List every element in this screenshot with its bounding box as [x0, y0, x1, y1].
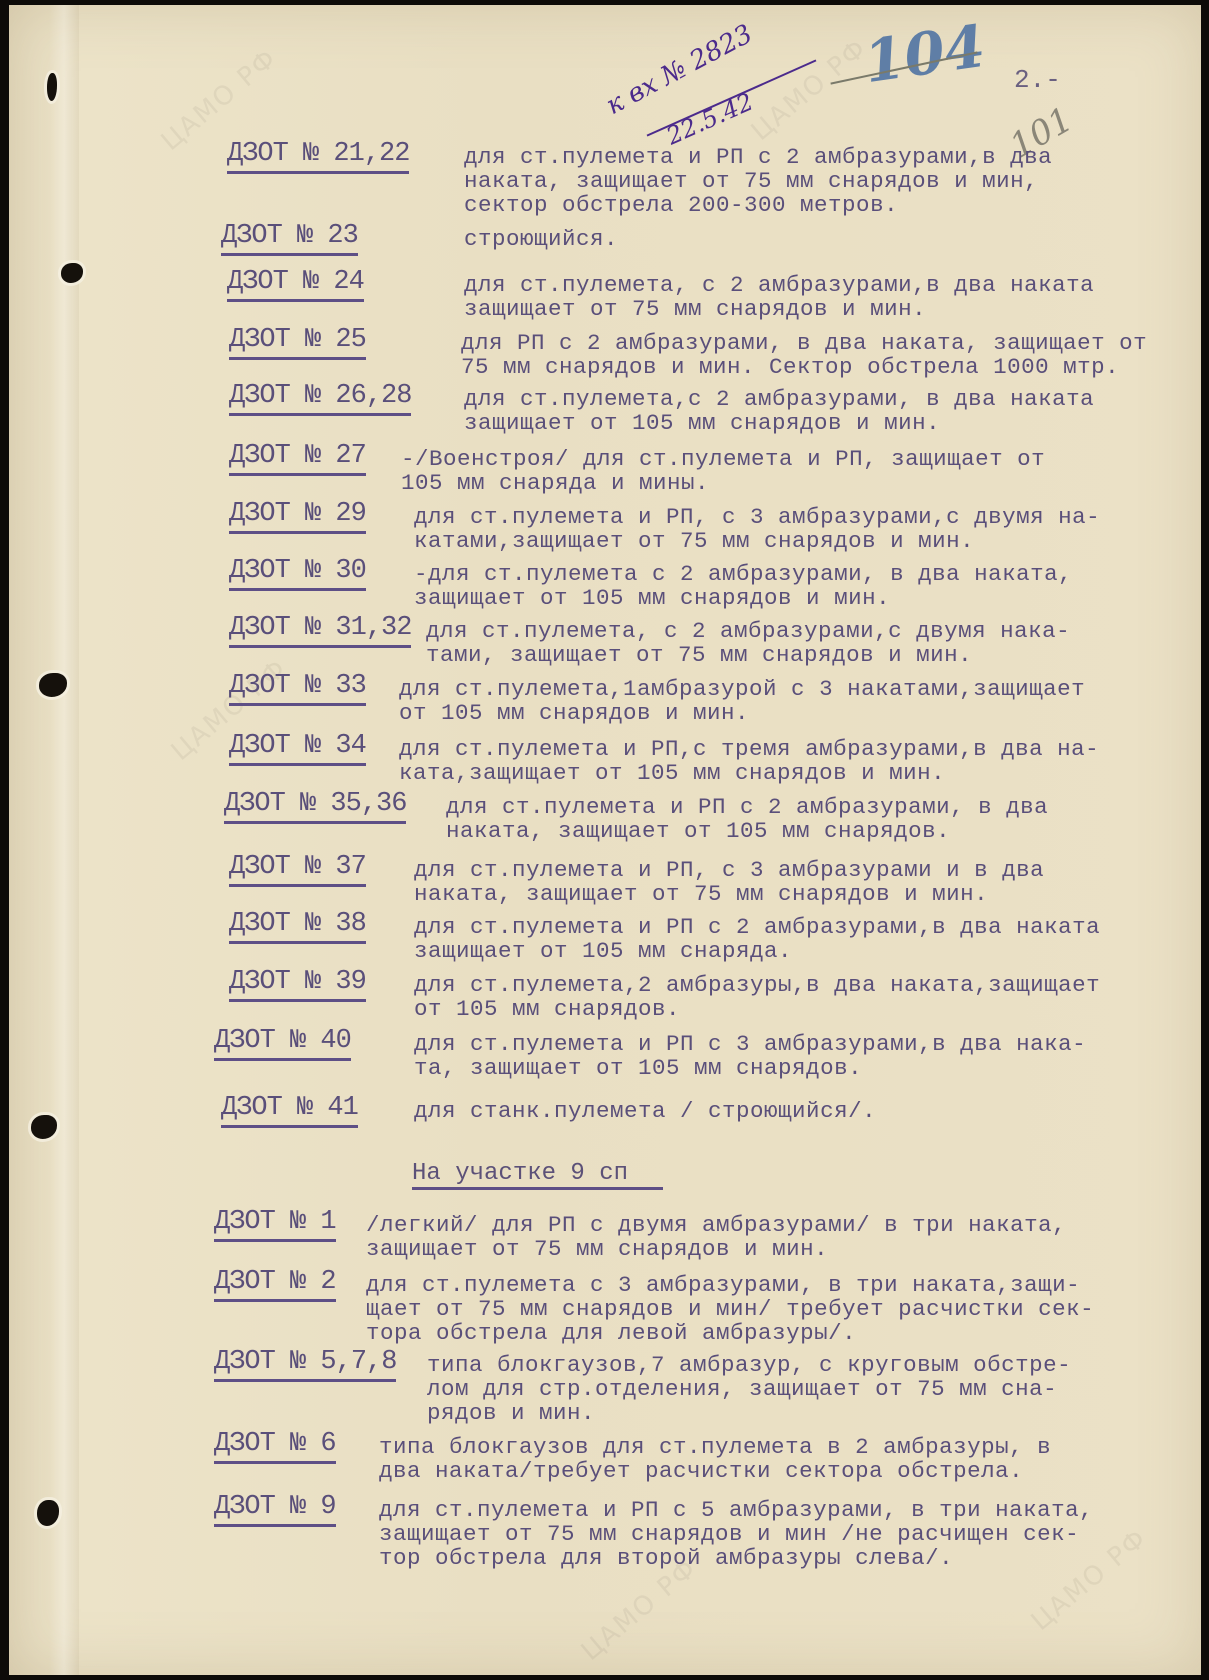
bunker-description: для РП с 2 амбразурами, в два наката, за… [461, 331, 1147, 379]
bunker-description: /легкий/ для РП с двумя амбразурами/ в т… [366, 1213, 1066, 1261]
bunker-label: ДЗОТ № 31,32 [229, 613, 411, 648]
description-line: -для ст.пулемета с 2 амбразурами, в два … [414, 562, 1072, 586]
description-line: для РП с 2 амбразурами, в два наката, за… [461, 331, 1147, 355]
bunker-description: -/Военстроя/ для ст.пулемета и РП, защищ… [401, 447, 1045, 495]
bunker-description: для ст.пулемета и РП с 2 амбразурами, в … [446, 795, 1048, 843]
bunker-description: для ст.пулемета с 3 амбразурами, в три н… [366, 1273, 1094, 1345]
bunker-description: для ст.пулемета,1амбразурой с 3 накатами… [399, 677, 1085, 725]
description-line: от 105 мм снарядов и мин. [399, 701, 1085, 725]
description-line: рядов и мин. [427, 1401, 1071, 1425]
bunker-label: ДЗОТ № 39 [229, 967, 366, 1002]
registration-date: 22.5.42 [662, 88, 757, 151]
bunker-description: для ст.пулемета и РП, с 3 амбразурами и … [414, 858, 1044, 906]
description-line: /легкий/ для РП с двумя амбразурами/ в т… [366, 1213, 1066, 1237]
description-line: для ст.пулемета, с 2 амбразурами,с двумя… [426, 619, 1070, 643]
bunker-label: ДЗОТ № 37 [229, 852, 366, 887]
page-number: 2.- [1014, 65, 1061, 95]
bunker-label: ДЗОТ № 35,36 [224, 789, 406, 824]
description-line: для ст.пулемета и РП с 5 амбразурами, в … [379, 1498, 1093, 1522]
description-line: тами, защищает от 75 мм снарядов и мин. [426, 643, 1070, 667]
description-line: тора обстрела для левой амбразуры/. [366, 1321, 1094, 1345]
description-line: для ст.пулемета и РП,с тремя амбразурами… [399, 737, 1099, 761]
bunker-description: для ст.пулемета и РП с 2 амбразурами,в д… [414, 915, 1100, 963]
bunker-label: ДЗОТ № 25 [229, 325, 366, 360]
bunker-description: строющийся. [464, 227, 618, 251]
description-line: для ст.пулемета и РП, с 3 амбразурами,с … [414, 505, 1100, 529]
bunker-label: ДЗОТ № 21,22 [227, 139, 409, 174]
description-line: катами,защищает от 75 мм снарядов и мин. [414, 529, 1100, 553]
bunker-description: для ст.пулемета,с 2 амбразурами, в два н… [464, 387, 1094, 435]
bunker-description: для ст.пулемета,2 амбразуры,в два наката… [414, 973, 1100, 1021]
binding-hole [61, 263, 83, 283]
description-line: для ст.пулемета,1амбразурой с 3 накатами… [399, 677, 1085, 701]
description-line: сектор обстрела 200-300 метров. [464, 193, 1052, 217]
description-line: -/Военстроя/ для ст.пулемета и РП, защищ… [401, 447, 1045, 471]
bunker-label: ДЗОТ № 38 [229, 909, 366, 944]
bunker-description: типа блокгаузов для ст.пулемета в 2 амбр… [379, 1435, 1051, 1483]
description-line: для ст.пулемета и РП с 2 амбразурами, в … [446, 795, 1048, 819]
description-line: для ст.пулемета и РП с 2 амбразурами,в д… [414, 915, 1100, 939]
bunker-description: -для ст.пулемета с 2 амбразурами, в два … [414, 562, 1072, 610]
bunker-label: ДЗОТ № 34 [229, 731, 366, 766]
bunker-label: ДЗОТ № 23 [221, 221, 358, 256]
description-line: для ст.пулемета, с 2 амбразурами,в два н… [464, 273, 1094, 297]
description-line: 105 мм снаряда и мины. [401, 471, 1045, 495]
bunker-label: ДЗОТ № 40 [214, 1026, 351, 1061]
description-line: для станк.пулемета / строющийся/. [414, 1099, 876, 1123]
bunker-label: ДЗОТ № 6 [214, 1429, 336, 1464]
description-line: наката, защищает от 105 мм снарядов. [446, 819, 1048, 843]
bunker-label: ДЗОТ № 26,28 [229, 381, 411, 416]
description-line: для ст.пулемета и РП, с 3 амбразурами и … [414, 858, 1044, 882]
bunker-label: ДЗОТ № 41 [221, 1093, 358, 1128]
document-page: ЦАМО РФ ЦАМО РФ ЦАМО РФ ЦАМО РФ ЦАМО РФ … [9, 5, 1201, 1675]
bunker-description: для ст.пулемета, с 2 амбразурами,в два н… [464, 273, 1094, 321]
description-line: для ст.пулемета,2 амбразуры,в два наката… [414, 973, 1100, 997]
bunker-description: для ст.пулемета и РП с 5 амбразурами, в … [379, 1498, 1093, 1570]
bunker-label: ДЗОТ № 29 [229, 499, 366, 534]
bunker-label: ДЗОТ № 2 [214, 1267, 336, 1302]
description-line: для ст.пулемета и РП с 2 амбразурами,в д… [464, 145, 1052, 169]
description-line: для ст.пулемета с 3 амбразурами, в три н… [366, 1273, 1094, 1297]
description-line: наката, защищает от 75 мм снарядов и мин… [414, 882, 1044, 906]
description-line: лом для стр.отделения, защищает от 75 мм… [427, 1377, 1071, 1401]
description-line: защищает от 105 мм снарядов и мин. [414, 586, 1072, 610]
description-line: та, защищает от 105 мм снарядов. [414, 1056, 1086, 1080]
bunker-description: для станк.пулемета / строющийся/. [414, 1099, 876, 1123]
description-line: защищает от 105 мм снаряда. [414, 939, 1100, 963]
bunker-label: ДЗОТ № 1 [214, 1207, 336, 1242]
description-line: защищает от 75 мм снарядов и мин. [464, 297, 1094, 321]
bunker-label: ДЗОТ № 5,7,8 [214, 1347, 396, 1382]
description-line: типа блокгаузов,7 амбразур, с круговым о… [427, 1353, 1071, 1377]
description-line: от 105 мм снарядов. [414, 997, 1100, 1021]
bunker-description: для ст.пулемета и РП,с тремя амбразурами… [399, 737, 1099, 785]
description-line: защищает от 75 мм снарядов и мин. [366, 1237, 1066, 1261]
description-line: два наката/требует расчистки сектора обс… [379, 1459, 1051, 1483]
bunker-label: ДЗОТ № 9 [214, 1492, 336, 1527]
section-heading: На участке 9 сп [412, 1160, 663, 1190]
bunker-description: для ст.пулемета и РП, с 3 амбразурами,с … [414, 505, 1100, 553]
watermark: ЦАМО РФ [746, 33, 873, 147]
description-line: тор обстрела для второй амбразуры слева/… [379, 1546, 1093, 1570]
bunker-description: типа блокгаузов,7 амбразур, с круговым о… [427, 1353, 1071, 1425]
description-line: строющийся. [464, 227, 618, 251]
bunker-description: для ст.пулемета и РП с 3 амбразурами,в д… [414, 1032, 1086, 1080]
description-line: типа блокгаузов для ст.пулемета в 2 амбр… [379, 1435, 1051, 1459]
bunker-description: для ст.пулемета и РП с 2 амбразурами,в д… [464, 145, 1052, 217]
description-line: 75 мм снарядов и мин. Сектор обстрела 10… [461, 355, 1147, 379]
description-line: для ст.пулемета,с 2 амбразурами, в два н… [464, 387, 1094, 411]
bunker-label: ДЗОТ № 33 [229, 671, 366, 706]
description-line: для ст.пулемета и РП с 3 амбразурами,в д… [414, 1032, 1086, 1056]
bunker-label: ДЗОТ № 27 [229, 441, 366, 476]
description-line: наката, защищает от 75 мм снарядов и мин… [464, 169, 1052, 193]
description-line: защищает от 105 мм снарядов и мин. [464, 411, 1094, 435]
bunker-label: ДЗОТ № 24 [227, 267, 364, 302]
bunker-description: для ст.пулемета, с 2 амбразурами,с двумя… [426, 619, 1070, 667]
bunker-label: ДЗОТ № 30 [229, 556, 366, 591]
description-line: защищает от 75 мм снарядов и мин /не рас… [379, 1522, 1093, 1546]
description-line: щает от 75 мм снарядов и мин/ требует ра… [366, 1297, 1094, 1321]
paper-fold [49, 5, 79, 1675]
description-line: ката,защищает от 105 мм снарядов и мин. [399, 761, 1099, 785]
